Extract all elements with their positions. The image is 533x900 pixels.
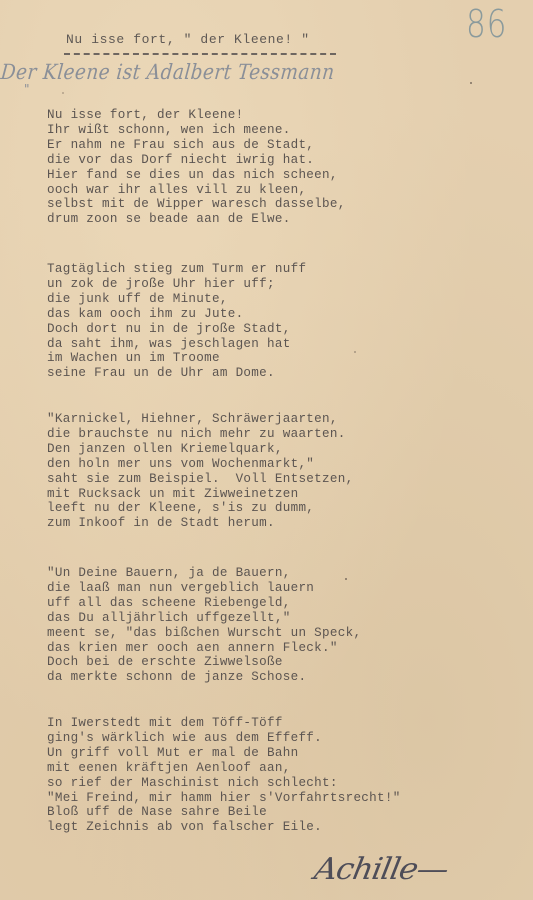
page-number: 86 — [466, 2, 507, 46]
poem-line: das kam ooch ihm zu Jute. — [47, 307, 306, 322]
poem-line: uff all das scheene Riebengeld, — [47, 596, 361, 611]
poem-line: In Iwerstedt mit dem Töff-Töff — [47, 716, 401, 731]
poem-line: Ihr wißt schonn, wen ich meene. — [47, 123, 346, 138]
paper-speck — [62, 92, 64, 94]
poem-line: den holn mer uns vom Wochenmarkt," — [47, 457, 353, 472]
poem-line: ooch war ihr alles vill zu kleen, — [47, 183, 346, 198]
paper-speck — [345, 578, 347, 580]
poem-line: saht sie zum Beispiel. Voll Entsetzen, — [47, 472, 353, 487]
poem-line: Bloß uff de Nase sahre Beile — [47, 805, 401, 820]
poem-line: leeft nu der Kleene, s'is zu dumm, — [47, 501, 353, 516]
poem-line: selbst mit de Wipper waresch dasselbe, — [47, 197, 346, 212]
poem-line: mit eenen kräftjen Aenloof aan, — [47, 761, 401, 776]
poem-line: "Karnickel, Hiehner, Schräwerjaarten, — [47, 412, 353, 427]
poem-line: so rief der Maschinist nich schlecht: — [47, 776, 401, 791]
poem-line: da saht ihm, was jeschlagen hat — [47, 337, 306, 352]
stanza: In Iwerstedt mit dem Töff-Töff ging's wä… — [47, 716, 401, 835]
poem-line: seine Frau un de Uhr am Dome. — [47, 366, 306, 381]
poem-line: die brauchste nu nich mehr zu waarten. — [47, 427, 353, 442]
paper-speck — [354, 351, 356, 353]
title-underline — [64, 53, 336, 55]
poem-line: ging's wärklich wie aus dem Effeff. — [47, 731, 401, 746]
poem-line: Tagtäglich stieg zum Turm er nuff — [47, 262, 306, 277]
poem-line: Den janzen ollen Kriemelquark, — [47, 442, 353, 457]
handwritten-note: Der Kleene ist Adalbert Tessmann — [0, 60, 336, 84]
poem-line: das Du alljährlich uffgezellt," — [47, 611, 361, 626]
poem-line: drum zoon se beade aan de Elwe. — [47, 212, 346, 227]
poem-line: Un griff voll Mut er mal de Bahn — [47, 746, 401, 761]
poem-line: "Un Deine Bauern, ja de Bauern, — [47, 566, 361, 581]
poem-line: Doch dort nu in de jroße Stadt, — [47, 322, 306, 337]
poem-line: un zok de jroße Uhr hier uff; — [47, 277, 306, 292]
poem-line: zum Inkoof in de Stadt herum. — [47, 516, 353, 531]
poem-line: Doch bei de erschte Ziwwelsoße — [47, 655, 361, 670]
ditto-mark: " — [24, 82, 30, 96]
poem-line: die vor das Dorf niecht iwrig hat. — [47, 153, 346, 168]
signature: Achille— — [312, 852, 451, 887]
poem-line: meent se, "das bißchen Wurscht un Speck, — [47, 626, 361, 641]
poem-line: Nu isse fort, der Kleene! — [47, 108, 346, 123]
document-title: Nu isse fort, " der Kleene! " — [66, 32, 310, 47]
poem-line: Hier fand se dies un das nich scheen, — [47, 168, 346, 183]
poem-line: die laaß man nun vergeblich lauern — [47, 581, 361, 596]
stanza: Nu isse fort, der Kleene! Ihr wißt schon… — [47, 108, 346, 227]
stanza: "Karnickel, Hiehner, Schräwerjaarten, di… — [47, 412, 353, 531]
poem-line: mit Rucksack un mit Ziwweinetzen — [47, 487, 353, 502]
stanza: "Un Deine Bauern, ja de Bauern, die laaß… — [47, 566, 361, 685]
poem-line: das krien mer ooch aen annern Fleck." — [47, 641, 361, 656]
poem-line: legt Zeichnis ab von falscher Eile. — [47, 820, 401, 835]
paper-speck — [470, 82, 472, 84]
poem-line: im Wachen un im Troome — [47, 351, 306, 366]
stanza: Tagtäglich stieg zum Turm er nuff un zok… — [47, 262, 306, 381]
poem-line: da merkte schonn de janze Schose. — [47, 670, 361, 685]
poem-line: "Mei Freind, mir hamm hier s'Vorfahrtsre… — [47, 791, 401, 806]
poem-line: die junk uff de Minute, — [47, 292, 306, 307]
poem-line: Er nahm ne Frau sich aus de Stadt, — [47, 138, 346, 153]
